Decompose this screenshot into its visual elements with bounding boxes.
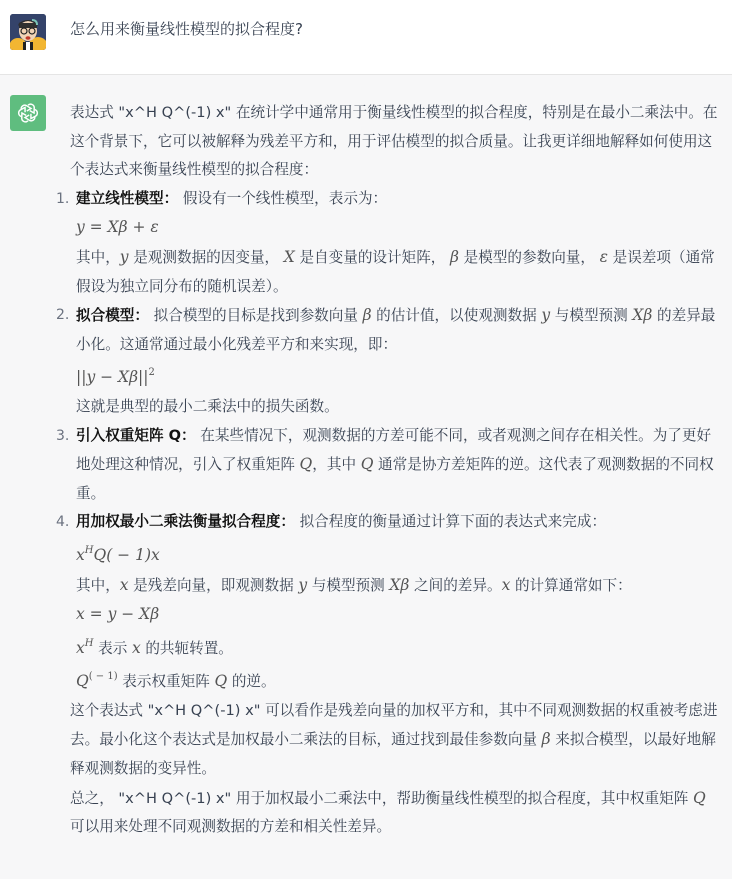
math-var: x <box>120 576 129 594</box>
text: 是自变量的设计矩阵， <box>295 249 450 266</box>
user-avatar <box>10 14 46 50</box>
list-item: 2. 拟合模型： 拟合模型的目标是找到参数向量 β 的估计值，以使观测数据 y … <box>56 301 720 421</box>
list-number: 4. <box>56 508 69 537</box>
user-message: 怎么用来衡量线性模型的拟合程度? <box>0 0 732 75</box>
text: 之间的差异。 <box>409 577 501 594</box>
math-var: Q <box>693 789 706 807</box>
summary-paragraph-2: 总之， "x^H Q^(-1) x" 用于加权最小二乘法中，帮助衡量线性模型的拟… <box>70 784 720 842</box>
item-title: 建立线性模型： <box>76 190 178 207</box>
user-cartoon-avatar-icon <box>10 14 46 50</box>
formula-rest: ( − 1)x <box>106 546 160 564</box>
item-lead: 拟合程度的衡量通过计算下面的表达式来完成： <box>300 513 606 530</box>
list-item: 4. 用加权最小二乘法衡量拟合程度： 拟合程度的衡量通过计算下面的表达式来完成：… <box>56 508 720 697</box>
item-lead: 假设有一个线性模型，表示为： <box>183 190 387 207</box>
text: 的估计值，以使观测数据 <box>372 307 542 324</box>
formula: x = y − Xβ <box>76 605 159 623</box>
var-x: x <box>76 639 85 657</box>
text: ，其中 <box>312 456 360 473</box>
math-var: y <box>298 576 307 594</box>
intro-paragraph: 表达式 "x^H Q^(-1) x" 在统计学中通常用于衡量线性模型的拟合程度，… <box>70 99 720 185</box>
text: 是残差向量，即观测数据 <box>129 577 299 594</box>
text: 表示 <box>93 640 131 657</box>
math-var: Q( − 1) <box>76 672 118 690</box>
math-var: Q <box>361 455 374 473</box>
steps-list: 1. 建立线性模型： 假设有一个线性模型，表示为： y = Xβ + ε 其中，… <box>56 185 720 697</box>
text: 表示权重矩阵 <box>118 673 215 690</box>
sup-neg1: ( − 1) <box>89 671 118 682</box>
text: 与模型预测 <box>550 307 632 324</box>
item-title: 引入权重矩阵 Q： <box>76 427 196 444</box>
formula-body: ||y − Xβ|| <box>76 368 148 386</box>
text: 其中， <box>76 577 120 594</box>
math-var: X <box>284 248 295 266</box>
text: 是观测数据的因变量， <box>129 249 284 266</box>
list-item: 3. 引入权重矩阵 Q： 在某些情况下，观测数据的方差可能不同，或者观测之间存在… <box>56 422 720 509</box>
openai-logo-icon <box>17 102 39 124</box>
math-var: β <box>363 306 372 324</box>
list-number: 3. <box>56 422 69 451</box>
text: 是模型的参数向量， <box>459 249 600 266</box>
list-number: 2. <box>56 301 69 330</box>
assistant-message: 表达式 "x^H Q^(-1) x" 在统计学中通常用于衡量线性模型的拟合程度，… <box>0 75 732 879</box>
formula: y = Xβ + ε <box>76 218 159 236</box>
text: 总之， "x^H Q^(-1) x" 用于加权最小二乘法中，帮助衡量线性模型的拟… <box>70 790 693 807</box>
text: 可以用来处理不同观测数据的方差和相关性差异。 <box>70 818 391 835</box>
formula-q: Q <box>93 546 106 564</box>
formula-x: x <box>76 546 85 564</box>
assistant-avatar <box>10 95 46 131</box>
math-var: β <box>542 730 551 748</box>
formula: xHQ( − 1)x <box>76 546 160 564</box>
math-var: y <box>541 306 550 324</box>
math-var: Q <box>214 672 227 690</box>
math-var: β <box>450 248 459 266</box>
math-var: xH <box>76 639 93 657</box>
formula: ||y − Xβ||2 <box>76 368 155 386</box>
text: 与模型预测 <box>307 577 389 594</box>
math-var: ε <box>600 248 608 266</box>
math-var: Xβ <box>632 306 652 324</box>
item-title: 拟合模型： <box>76 307 149 324</box>
user-message-text: 怎么用来衡量线性模型的拟合程度? <box>70 17 303 41</box>
math-var: Q <box>300 455 313 473</box>
text: 的共轭转置。 <box>141 640 233 657</box>
list-number: 1. <box>56 185 69 214</box>
item-title: 用加权最小二乘法衡量拟合程度： <box>76 513 295 530</box>
summary-paragraph-1: 这个表达式 "x^H Q^(-1) x" 可以看作是残差向量的加权平方和，其中不… <box>70 697 720 784</box>
list-item: 1. 建立线性模型： 假设有一个线性模型，表示为： y = Xβ + ε 其中，… <box>56 185 720 301</box>
text: 拟合模型的目标是找到参数向量 <box>154 307 363 324</box>
math-var: Xβ <box>389 576 409 594</box>
math-var: y <box>120 248 129 266</box>
text: 其中， <box>76 249 120 266</box>
text: 的逆。 <box>227 673 275 690</box>
formula-sup: 2 <box>148 367 154 378</box>
item-desc: 这就是典型的最小二乘法中的损失函数。 <box>76 398 339 415</box>
math-var: x <box>132 639 141 657</box>
text: 的计算通常如下： <box>510 577 631 594</box>
var-q: Q <box>76 672 89 690</box>
assistant-response: 表达式 "x^H Q^(-1) x" 在统计学中通常用于衡量线性模型的拟合程度，… <box>70 99 720 842</box>
